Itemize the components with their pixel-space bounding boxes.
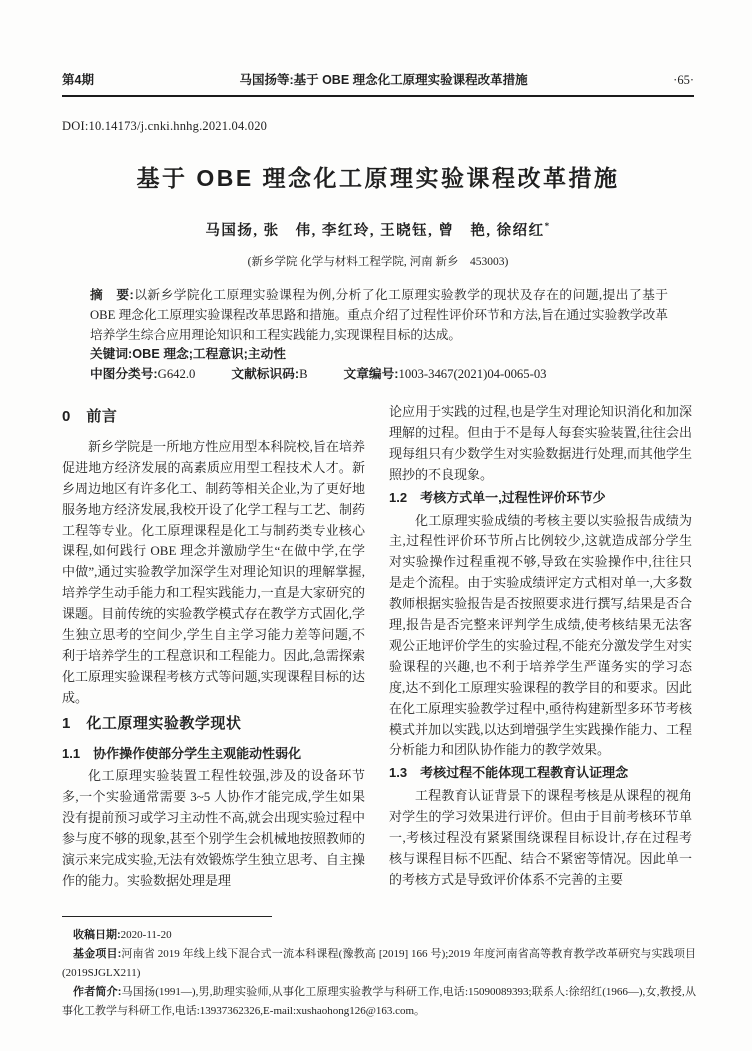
right-column: 论应用于实践的过程,也是学生对理论知识消化和加深理解的过程。但由于不是每人每套实…	[389, 402, 692, 892]
received-date-label: 收稿日期:	[73, 929, 121, 941]
abstract-label: 摘 要:	[90, 288, 134, 302]
article-meta: 摘 要:以新乡学院化工原理实验课程为例,分析了化工原理实验教学的现状及存在的问题…	[90, 286, 668, 385]
fund-project-value: 河南省 2019 年线上线下混合式一流本科课程(豫教高 [2019] 166 号…	[62, 948, 696, 979]
document-code-value: B	[299, 367, 307, 381]
running-title: 马国扬等:基于 OBE 理念化工原理实验课程改革措施	[239, 70, 527, 88]
author-bio: 作者简介:马国扬(1991—),男,助理实验师,从事化工原理实验教学与科研工作,…	[62, 983, 696, 1021]
author-names: 马国扬, 张 伟, 李红玲, 王晓钰, 曾 艳, 徐绍红	[205, 223, 544, 239]
clc-value: G642.0	[158, 367, 196, 381]
paper-page: 第4期 马国扬等:基于 OBE 理念化工原理实验课程改革措施 ·65· DOI:…	[0, 0, 752, 1051]
clc-label: 中图分类号:	[90, 367, 158, 381]
paragraph-1-3: 工程教育认证背景下的课程考核是从课程的视角对学生的学习效果进行评价。但由于目前考…	[389, 786, 692, 891]
affiliation: (新乡学院 化学与材料工程学院, 河南 新乡 453003)	[62, 253, 694, 269]
paragraph-1-2: 化工原理实验成绩的考核主要以实验报告成绩为主,过程性评价环节所占比例较少,这就造…	[389, 511, 692, 762]
corresponding-author-mark: *	[545, 221, 551, 231]
page-number: ·65·	[673, 73, 694, 88]
paragraph-intro: 新乡学院是一所地方性应用型本科院校,旨在培养促进地方经济发展的高素质应用型工程技…	[62, 437, 365, 709]
footnote-divider	[62, 916, 272, 917]
subsection-heading-1-1: 1.1 协作操作使部分学生主观能动性弱化	[62, 744, 365, 765]
page-header: 第4期 马国扬等:基于 OBE 理念化工原理实验课程改革措施 ·65·	[62, 70, 694, 97]
received-date-value: 2020-11-20	[121, 929, 172, 941]
paragraph-1-1: 化工原理实验装置工程性较强,涉及的设备环节多,一个实验通常需要 3~5 人协作才…	[62, 766, 365, 891]
footnote-block: 收稿日期:2020-11-20 基金项目:河南省 2019 年线上线下混合式一流…	[62, 916, 696, 1021]
article-title: 基于 OBE 理念化工原理实验课程改革措施	[62, 160, 694, 193]
subsection-heading-1-3: 1.3 考核过程不能体现工程教育认证理念	[389, 763, 692, 784]
keywords: 关键词:OBE 理念;工程意识;主动性	[90, 345, 668, 365]
keywords-text: OBE 理念;工程意识;主动性	[132, 347, 286, 361]
document-code-label: 文献标识码:	[231, 367, 299, 381]
fund-project-label: 基金项目:	[73, 948, 121, 960]
received-date: 收稿日期:2020-11-20	[62, 926, 696, 945]
section-heading-1: 1 化工原理实验教学现状	[62, 714, 365, 735]
classification-row: 中图分类号:G642.0 文献标识码:B 文章编号:1003-3467(2021…	[90, 365, 668, 385]
clc-number: 中图分类号:G642.0	[90, 365, 195, 385]
article-number: 文章编号:1003-3467(2021)04-0065-03	[344, 365, 547, 385]
author-bio-value: 马国扬(1991—),男,助理实验师,从事化工原理实验教学与科研工作,电话:15…	[62, 986, 696, 1017]
section-heading-0: 0 前言	[62, 407, 365, 428]
journal-issue: 第4期	[62, 70, 94, 88]
abstract-text: 以新乡学院化工原理实验课程为例,分析了化工原理实验教学的现状及存在的问题,提出了…	[90, 288, 668, 342]
article-body: 0 前言 新乡学院是一所地方性应用型本科院校,旨在培养促进地方经济发展的高素质应…	[62, 402, 694, 892]
author-list: 马国扬, 张 伟, 李红玲, 王晓钰, 曾 艳, 徐绍红*	[62, 219, 694, 240]
abstract: 摘 要:以新乡学院化工原理实验课程为例,分析了化工原理实验教学的现状及存在的问题…	[90, 286, 668, 345]
paragraph-1-1-continued: 论应用于实践的过程,也是学生对理论知识消化和加深理解的过程。但由于不是每人每套实…	[389, 402, 692, 486]
doi-line: DOI:10.14173/j.cnki.hnhg.2021.04.020	[62, 119, 694, 134]
article-number-value: 1003-3467(2021)04-0065-03	[399, 367, 547, 381]
document-code: 文献标识码:B	[231, 365, 307, 385]
left-column: 0 前言 新乡学院是一所地方性应用型本科院校,旨在培养促进地方经济发展的高素质应…	[62, 402, 365, 892]
article-number-label: 文章编号:	[344, 367, 399, 381]
author-bio-label: 作者简介:	[73, 986, 121, 998]
subsection-heading-1-2: 1.2 考核方式单一,过程性评价环节少	[389, 488, 692, 509]
keywords-label: 关键词:	[90, 347, 132, 361]
fund-project: 基金项目:河南省 2019 年线上线下混合式一流本科课程(豫教高 [2019] …	[62, 945, 696, 983]
